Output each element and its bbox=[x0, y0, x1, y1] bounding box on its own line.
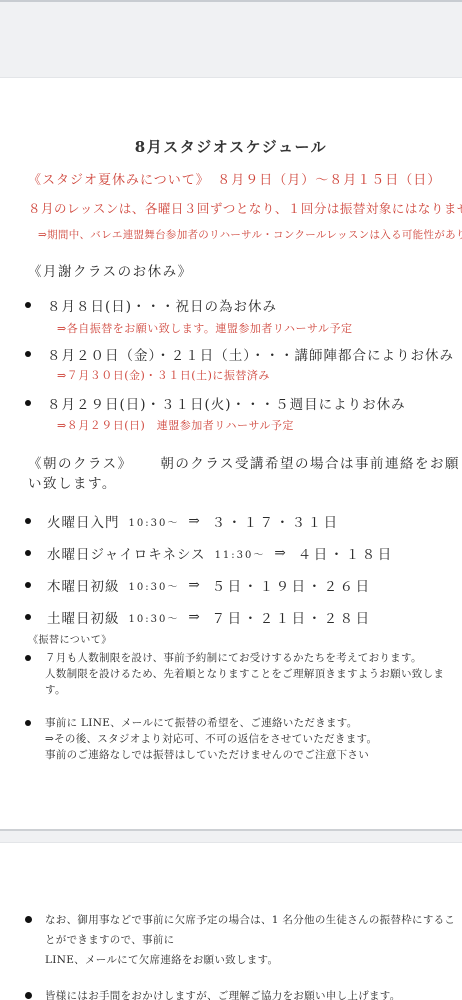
document-page-2: なお、御用事などで事前に欠席予定の場合は、1 名分他の生徒さんの振替枠にすること… bbox=[0, 910, 462, 1000]
list-item: 火曜日入門 10:30～ ⇒ ３・１７・３１日 bbox=[0, 511, 462, 531]
transfer-note-line: ⇒その後、スタジオより対応可、不可の返信をさせていただきます。 bbox=[45, 731, 377, 747]
morning-class-heading: 《朝のクラス》 朝のクラス受講希望の場合は事前連絡をお願い致します。 bbox=[28, 452, 462, 492]
page-separator bbox=[0, 829, 462, 843]
bullet-icon bbox=[25, 351, 31, 357]
arrow-icon: ⇒ bbox=[188, 609, 200, 625]
class-time: 11:30～ bbox=[215, 546, 266, 561]
bullet-icon bbox=[25, 614, 31, 620]
bullet-icon bbox=[25, 992, 32, 999]
transfer-note-line: 人数制限を設けるため、先着順となりますことをご理解頂きますようお願い致します。 bbox=[45, 666, 462, 698]
rehearsal-possibility-note: ⇒期間中、バレエ連盟舞台参加者のリハーサル・コンクールレッスンは入る可能性があり… bbox=[38, 227, 462, 242]
bullet-icon bbox=[25, 518, 31, 524]
lesson-count-notice: ８月のレッスンは、各曜日３回ずつとなり、１回分は振替対象にはなりません。 bbox=[28, 199, 462, 217]
holiday-item-note: ⇒８月２９日(日) 連盟参加者リハーサル予定 bbox=[57, 417, 462, 433]
arrow-icon: ⇒ bbox=[188, 577, 200, 593]
holiday-item-note: ⇒７月３０日(金)・３１日(土)に振替済み bbox=[57, 367, 462, 383]
list-item: 皆様にはお手間をおかけしますが、ご理解ご協力をお願い申し上げます。 bbox=[0, 986, 462, 1000]
list-item: 土曜日初級 10:30～ ⇒ ７日・２１日・２８日 bbox=[0, 607, 462, 627]
bullet-icon bbox=[25, 655, 31, 661]
list-item: 水曜日ジャイロキネシス 11:30～ ⇒ ４日・１８日 bbox=[0, 543, 462, 563]
absence-note-line: なお、御用事などで事前に欠席予定の場合は、1 名分他の生徒さんの振替枠にすること… bbox=[45, 910, 462, 950]
bullet-icon bbox=[25, 720, 31, 726]
holiday-item-text: ８月２９日(日)・３１日(火)・・・５週目によりお休み bbox=[47, 393, 406, 413]
document-page-1: 8月スタジオスケジュール 《スタジオ夏休みについて》 ８月９日（月）～８月１５日… bbox=[0, 136, 462, 763]
class-name: 木曜日初級 bbox=[47, 575, 120, 595]
closing-note-line: 皆様にはお手間をおかけしますが、ご理解ご協力をお願い申し上げます。 bbox=[45, 986, 401, 1000]
bullet-icon bbox=[25, 400, 31, 406]
list-item: ７月も人数制限を設け、事前予約制にてお受けするかたちを考えております。 人数制限… bbox=[0, 650, 462, 698]
holiday-item-text: ８月８日(日)・・・祝日の為お休み bbox=[47, 295, 277, 315]
class-time: 10:30～ bbox=[129, 578, 180, 593]
viewer-top-band bbox=[0, 0, 462, 78]
transfer-note-line: 事前のご連絡なしでは振替はしていただけませんのでご注意下さい bbox=[45, 747, 377, 763]
class-dates: ５日・１９日・２６日 bbox=[212, 575, 372, 595]
holiday-item-text: ８月２０日（金）・２１日（土）・・・講師陣都合によりお休み bbox=[47, 344, 454, 364]
class-time: 10:30～ bbox=[129, 610, 180, 625]
class-name: 火曜日入門 bbox=[47, 511, 120, 531]
list-item: なお、御用事などで事前に欠席予定の場合は、1 名分他の生徒さんの振替枠にすること… bbox=[0, 910, 462, 970]
bullet-icon bbox=[25, 302, 31, 308]
summer-break-notice: 《スタジオ夏休みについて》 ８月９日（月）～８月１５日（日） bbox=[28, 169, 462, 188]
bullet-icon bbox=[25, 582, 31, 588]
transfer-note-line: 事前に LINE、メールにて振替の希望を、ご連絡いただきます。 bbox=[45, 715, 377, 731]
list-item: ８月８日(日)・・・祝日の為お休み bbox=[0, 295, 462, 315]
bullet-icon bbox=[25, 550, 31, 556]
page-title: 8月スタジオスケジュール bbox=[0, 136, 462, 157]
class-name: 水曜日ジャイロキネシス bbox=[47, 543, 206, 563]
bullet-icon bbox=[25, 916, 32, 923]
transfer-heading: 《振替について》 bbox=[28, 631, 462, 646]
arrow-icon: ⇒ bbox=[188, 513, 200, 529]
list-item: ８月２０日（金）・２１日（土）・・・講師陣都合によりお休み bbox=[0, 344, 462, 364]
holiday-item-note: ⇒各自振替をお願い致します。連盟参加者リハーサル予定 bbox=[57, 320, 462, 336]
class-dates: ７日・２１日・２８日 bbox=[212, 607, 372, 627]
list-item: 木曜日初級 10:30～ ⇒ ５日・１９日・２６日 bbox=[0, 575, 462, 595]
list-item: ８月２９日(日)・３１日(火)・・・５週目によりお休み bbox=[0, 393, 462, 413]
class-dates: ３・１７・３１日 bbox=[212, 511, 340, 531]
morning-heading-label: 《朝のクラス》 bbox=[28, 456, 133, 472]
monthly-class-heading: 《月謝クラスのお休み》 bbox=[28, 260, 462, 280]
transfer-note-line: ７月も人数制限を設け、事前予約制にてお受けするかたちを考えております。 bbox=[45, 650, 462, 666]
class-time: 10:30～ bbox=[129, 514, 180, 529]
absence-note-line: LINE、メールにて欠席連絡をお願い致します。 bbox=[45, 950, 462, 970]
class-name: 土曜日初級 bbox=[47, 607, 120, 627]
class-dates: ４日・１８日 bbox=[298, 543, 394, 563]
arrow-icon: ⇒ bbox=[274, 545, 286, 561]
list-item: 事前に LINE、メールにて振替の希望を、ご連絡いただきます。 ⇒その後、スタジ… bbox=[0, 715, 462, 763]
